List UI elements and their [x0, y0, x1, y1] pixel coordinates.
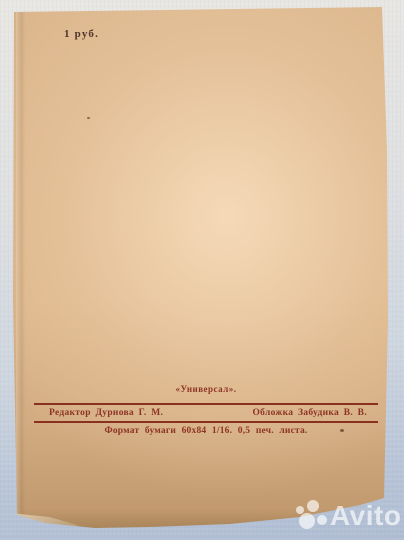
divider-rule-bottom: [34, 421, 378, 423]
spine-crease: [16, 12, 25, 518]
avito-circles-icon: [299, 513, 315, 529]
avito-circles-icon: [307, 500, 319, 512]
price-label: 1 руб.: [64, 27, 99, 41]
avito-brand-text: Avito: [330, 498, 401, 534]
avito-watermark: Avito: [294, 499, 404, 540]
avito-circles-icon: [317, 515, 327, 525]
format-line: Формат бумаги 60x84 1/16. 0,5 печ. листа…: [34, 425, 378, 437]
imprint-label: «Универсал».: [34, 383, 378, 396]
photo-background: 1 руб. «Универсал». Редактор Дурнова Г. …: [0, 0, 404, 540]
credits-row: Редактор Дурнова Г. М. Обложка Забудика …: [34, 406, 378, 421]
editor-credit: Редактор Дурнова Г. М.: [49, 406, 163, 421]
divider-rule-top: [34, 403, 378, 405]
cover-designer-credit: Обложка Забудика В. В.: [252, 406, 367, 421]
colophon-block: «Универсал». Редактор Дурнова Г. М. Обло…: [34, 383, 378, 437]
paper-speck: [87, 117, 90, 119]
brochure-back-cover: 1 руб. «Универсал». Редактор Дурнова Г. …: [0, 0, 404, 540]
